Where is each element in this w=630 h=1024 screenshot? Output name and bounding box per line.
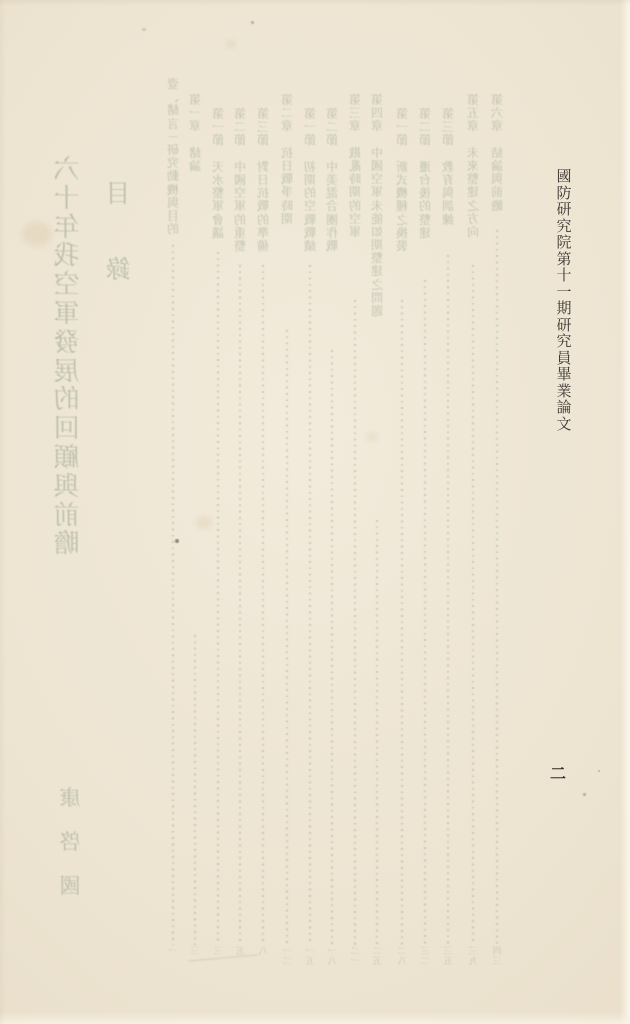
bleedthrough-dotted-leader bbox=[424, 280, 426, 945]
bleedthrough-dotted-leader bbox=[472, 265, 474, 945]
page-edge-right bbox=[620, 0, 630, 1024]
bleedthrough-dotted-leader bbox=[354, 300, 356, 945]
paper-speck bbox=[175, 539, 179, 543]
paper-stain bbox=[366, 432, 378, 442]
bleedthrough-folio-number: 三五 bbox=[443, 948, 453, 967]
bleedthrough-toc-entry: 第二節 中美混合團作戰 bbox=[325, 108, 339, 253]
bleedthrough-folio-number: 三 bbox=[190, 948, 200, 958]
bleedthrough-toc-entry: 第五章 未來整建之方向 bbox=[466, 94, 480, 239]
bleedthrough-toc-entry: 第四章 中國空軍未能如期整建之問題 bbox=[370, 94, 384, 318]
bleedthrough-toc-entry: 第一節 初期的空戰戰績 bbox=[303, 108, 317, 253]
bleedthrough-toc-entry: 第一節 天水整軍會議 bbox=[211, 108, 225, 240]
scanned-page: 六十年我空軍發展的回顧與前瞻 目錄 康啓國 壹、緒言－研究動機與目的一第一章 緒… bbox=[0, 0, 630, 1024]
bleedthrough-folio-number: 二八 bbox=[397, 948, 407, 967]
bleedthrough-folio-number: 二五 bbox=[372, 948, 382, 967]
paper-stain bbox=[22, 222, 52, 246]
paper-stain bbox=[226, 40, 236, 48]
bleedthrough-contents-heading: 目錄 bbox=[104, 180, 132, 283]
bleedthrough-toc-entry: 第二章 抗日戰爭時期 bbox=[280, 94, 294, 226]
bleedthrough-dotted-leader bbox=[194, 635, 196, 945]
bleedthrough-folio-number: 三 bbox=[213, 948, 223, 958]
bleedthrough-toc-entry: 壹、緒言－研究動機與目的 bbox=[166, 78, 180, 236]
bleedthrough-folio-number: 一二 bbox=[282, 948, 292, 967]
bleedthrough-folio-number: 一八 bbox=[327, 948, 337, 967]
bleedthrough-folio-number: 五 bbox=[235, 948, 245, 958]
paper-fold-mark bbox=[188, 954, 258, 962]
bleedthrough-dotted-leader bbox=[447, 255, 449, 945]
paper-speck bbox=[251, 21, 254, 24]
bleedthrough-dotted-leader bbox=[309, 265, 311, 945]
bleedthrough-dotted-leader bbox=[496, 230, 498, 945]
bleedthrough-folio-number: 二一 bbox=[350, 948, 360, 967]
bleedthrough-layer: 六十年我空軍發展的回顧與前瞻 目錄 康啓國 壹、緒言－研究動機與目的一第一章 緒… bbox=[0, 0, 630, 1024]
publication-side-title: 國防研究院第十一期研究員畢業論文 bbox=[555, 168, 573, 432]
bleedthrough-toc-entry: 第一章 緒論 bbox=[188, 94, 202, 173]
bleedthrough-toc-entry: 第六章 結論與前瞻 bbox=[490, 94, 504, 213]
bleedthrough-toc-entry: 第三章 戡亂時期的空軍 bbox=[348, 94, 362, 239]
bleedthrough-toc-entry: 第一節 新式機種之換裝 bbox=[395, 108, 409, 253]
bleedthrough-dotted-leader bbox=[331, 350, 333, 945]
bleedthrough-folio-number: 一 bbox=[168, 948, 178, 958]
page-number: 二 bbox=[550, 763, 566, 785]
bleedthrough-folio-number: 一五 bbox=[305, 948, 315, 967]
bleedthrough-reverse-title: 六十年我空軍發展的回顧與前瞻 bbox=[52, 156, 81, 559]
bleedthrough-folio-number: 三九 bbox=[468, 948, 478, 967]
bleedthrough-toc-entry: 第二節 遷台後的整建 bbox=[418, 108, 432, 240]
bleedthrough-dotted-leader bbox=[262, 265, 264, 945]
page-edge-bottom bbox=[0, 1012, 630, 1024]
paper-speck bbox=[142, 28, 146, 31]
bleedthrough-dotted-leader bbox=[172, 245, 174, 945]
bleedthrough-folio-number: 四三 bbox=[492, 948, 502, 967]
bleedthrough-folio-number: 三二 bbox=[420, 948, 430, 967]
bleedthrough-dotted-leader bbox=[376, 520, 378, 945]
bleedthrough-dotted-leader bbox=[286, 330, 288, 945]
bleedthrough-dotted-leader bbox=[239, 265, 241, 945]
bleedthrough-dotted-leader bbox=[401, 300, 403, 945]
bleedthrough-author-name: 康啓國 bbox=[58, 786, 82, 898]
bleedthrough-toc-entry: 第二節 中國空軍的重整 bbox=[233, 108, 247, 253]
bleedthrough-toc-entry: 第三節 教育與訓練 bbox=[441, 108, 455, 227]
page-edge-left bbox=[0, 0, 6, 1024]
bleedthrough-folio-number: 八 bbox=[258, 948, 268, 958]
page-edge-top bbox=[0, 0, 630, 6]
paper-speck bbox=[583, 793, 586, 796]
bleedthrough-dotted-leader bbox=[217, 252, 219, 945]
paper-speck bbox=[598, 770, 600, 772]
bleedthrough-toc-entry: 第三節 對日抗戰的準備 bbox=[256, 108, 270, 253]
paper-stain bbox=[196, 516, 212, 529]
